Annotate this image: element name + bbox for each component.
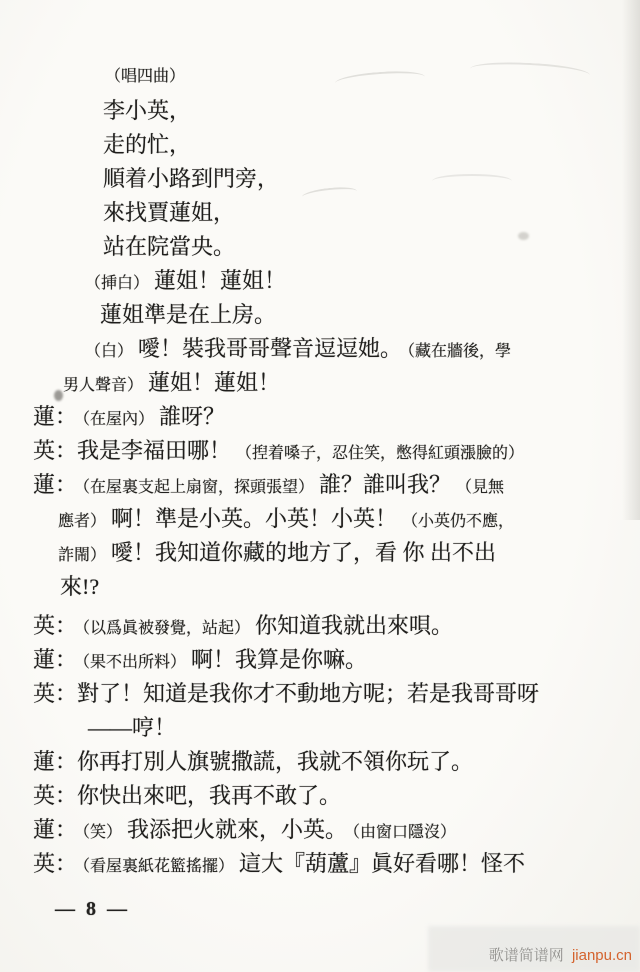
text-segment: （唱四曲）	[105, 68, 185, 85]
page-number: — 8 —	[55, 898, 130, 921]
script-line: 來找賈蓮姐，	[33, 196, 625, 230]
text-segment: （笑）	[82, 824, 122, 841]
script-line: 英：你快出來吧，我再不敢了。	[33, 779, 625, 813]
script-line: 順着小路到門旁，	[33, 162, 625, 196]
script-line: （挿白）蓮姐！蓮姐！	[33, 264, 625, 298]
text-segment: （揑着嗓子，忍住笑，憋得紅頭漲臉的）	[236, 445, 524, 462]
text-segment: 噯！我知道你藏的地方了，看 你 出不出	[111, 540, 496, 565]
text-segment: 詐閙）	[58, 547, 106, 564]
text-segment: 英：	[33, 613, 77, 638]
text-segment: 這大『葫蘆』眞好看哪！怪不	[239, 851, 525, 876]
text-segment: （以爲眞被發覺，站起）	[82, 620, 250, 637]
text-segment: 蓮：	[33, 404, 77, 429]
text-segment: （白）	[85, 343, 133, 360]
text-segment: 蓮：你再打別人旗號撒謊，我就不領你玩了。	[33, 749, 473, 774]
text-segment: （在屋裏支起上扇窗，探頭張望）	[82, 479, 314, 496]
script-line: 英：我是李福田哪！（揑着嗓子，忍住笑，憋得紅頭漲臉的）	[33, 434, 625, 468]
script-line: 來!?	[33, 570, 625, 604]
text-segment: 蓮姐！蓮姐！	[154, 268, 286, 293]
text-segment: 蓮：	[33, 817, 77, 842]
script-line: 蓮：你再打別人旗號撒謊，我就不領你玩了。	[33, 745, 625, 779]
script-line: （唱四曲）	[33, 60, 625, 94]
script-line: 蓮：（在屋內）誰呀？	[33, 400, 625, 434]
text-segment: （藏在牆後，學	[407, 343, 511, 360]
text-segment: 李小英，	[103, 98, 191, 123]
script-line: 英：（以爲眞被發覺，站起）你知道我就出來唄。	[33, 609, 625, 643]
script-line: 蓮姐準是在上房。	[33, 298, 625, 332]
text-segment: 來!?	[60, 574, 99, 599]
text-segment: 蓮：	[33, 472, 77, 497]
script-line: 詐閙）噯！我知道你藏的地方了，看 你 出不出	[33, 536, 625, 570]
text-segment: 英：我是李福田哪！	[33, 438, 231, 463]
text-segment: 來找賈蓮姐，	[103, 200, 235, 225]
watermark: 歌谱简谱网 jianpu.cn	[489, 944, 632, 965]
script-lines: （唱四曲）李小英，走的忙，順着小路到門旁，來找賈蓮姐，站在院當央。（挿白）蓮姐！…	[33, 60, 625, 881]
text-segment: 我添把火就來，小英。	[127, 817, 347, 842]
script-line: 英：（看屋裏紙花籃搖擺）這大『葫蘆』眞好看哪！怪不	[33, 847, 625, 881]
text-segment: 順着小路到門旁，	[103, 166, 279, 191]
script-line: （白）噯！裝我哥哥聲音逗逗她。（藏在牆後，學	[33, 332, 625, 366]
text-segment: （挿白）	[85, 275, 149, 292]
text-segment: 誰？誰叫我？	[319, 472, 451, 497]
text-segment: （由窗口隱沒）	[352, 824, 456, 841]
text-segment: 蓮姐準是在上房。	[100, 302, 276, 327]
script-line: 應者）啊！準是小英。小英！小英！（小英仍不應，	[33, 502, 625, 536]
text-segment: 走的忙，	[103, 132, 191, 157]
text-segment: （小英仍不應，	[402, 513, 514, 530]
text-segment: （見無	[456, 479, 504, 496]
script-line: 走的忙，	[33, 128, 625, 162]
script-line: ——哼！	[33, 711, 625, 745]
text-segment: （在屋內）	[82, 411, 154, 428]
text-segment: ——哼！	[88, 715, 176, 740]
text-segment: （看屋裏紙花籃搖擺）	[82, 858, 234, 875]
text-segment: 英：	[33, 851, 77, 876]
script-line: 男人聲音）蓮姐！蓮姐！	[33, 366, 625, 400]
text-segment: 你知道我就出來唄。	[255, 613, 453, 638]
script-line: 英：對了！知道是我你才不動地方呢；若是我哥哥呀	[33, 677, 625, 711]
script-line: 蓮：（笑）我添把火就來，小英。（由窗口隱沒）	[33, 813, 625, 847]
text-segment: 誰呀？	[159, 404, 225, 429]
scanned-script-page: （唱四曲）李小英，走的忙，順着小路到門旁，來找賈蓮姐，站在院當央。（挿白）蓮姐！…	[0, 0, 640, 972]
watermark-site-name: 歌谱简谱网	[489, 947, 564, 964]
text-segment: 蓮：	[33, 647, 77, 672]
text-segment: 男人聲音）	[63, 377, 143, 394]
watermark-site-url[interactable]: jianpu.cn	[572, 947, 632, 964]
text-segment: 啊！準是小英。小英！小英！	[111, 506, 397, 531]
text-segment: 英：你快出來吧，我再不敢了。	[33, 783, 341, 808]
text-segment: 應者）	[58, 513, 106, 530]
text-segment: 蓮姐！蓮姐！	[148, 370, 280, 395]
text-segment: 站在院當央。	[103, 234, 235, 259]
script-line: 站在院當央。	[33, 230, 625, 264]
script-line: 李小英，	[33, 94, 625, 128]
text-segment: 噯！裝我哥哥聲音逗逗她。	[138, 336, 402, 361]
script-line: 蓮：（在屋裏支起上扇窗，探頭張望）誰？誰叫我？（見無	[33, 468, 625, 502]
text-segment: 英：對了！知道是我你才不動地方呢；若是我哥哥呀	[33, 681, 539, 706]
text-segment: （果不出所料）	[82, 654, 186, 671]
script-line: 蓮：（果不出所料）啊！我算是你嘛。	[33, 643, 625, 677]
text-segment: 啊！我算是你嘛。	[191, 647, 367, 672]
